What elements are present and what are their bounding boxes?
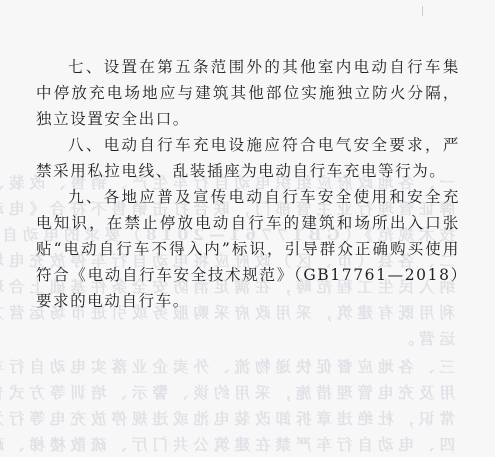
document-body: 七、设置在第五条范围外的其他室内电动自行车集中停放充电场地应与建筑其他部位实施独… [36, 54, 460, 314]
paragraph-7: 七、设置在第五条范围外的其他室内电动自行车集中停放充电场地应与建筑其他部位实施独… [36, 54, 460, 132]
document-page: 一、各地政府应组织电动自行车生产、销售、改装、维修和 牌证管理行业主管部门，联合… [0, 0, 495, 457]
ghost-line: 常识，杜绝违章拆卸改装电池或违规停放充电等行为。 [0, 406, 455, 432]
paragraph-9: 九、各地应普及宣传电动自行车安全使用和安全充电知识，在禁止停放电动自行车的建筑和… [36, 184, 460, 314]
ghost-line: 运营。 [393, 326, 455, 352]
paragraph-text: 各地应普及宣传电动自行车安全使用和安全充电知识，在禁止停放电动自行车的建筑和场所… [36, 188, 460, 310]
ghost-line: 三、各地应督促快递物流、外卖企业落实电动自行车安全使 [0, 354, 455, 380]
paragraph-number: 八、 [68, 136, 104, 154]
paragraph-number: 九、 [68, 188, 104, 206]
ghost-line: 用及充电管理措施，采用约谈、警示、培训等方式普及消防安全 [0, 380, 455, 406]
ghost-line: 四、电动自行车严禁在建筑公共门厅、疏散楼梯、疏散走道、 [0, 432, 455, 457]
paragraph-number: 七、 [68, 58, 104, 76]
paragraph-8: 八、电动自行车充电设施应符合电气安全要求，严禁采用私拉电线、乱装插座为电动自行车… [36, 132, 460, 184]
